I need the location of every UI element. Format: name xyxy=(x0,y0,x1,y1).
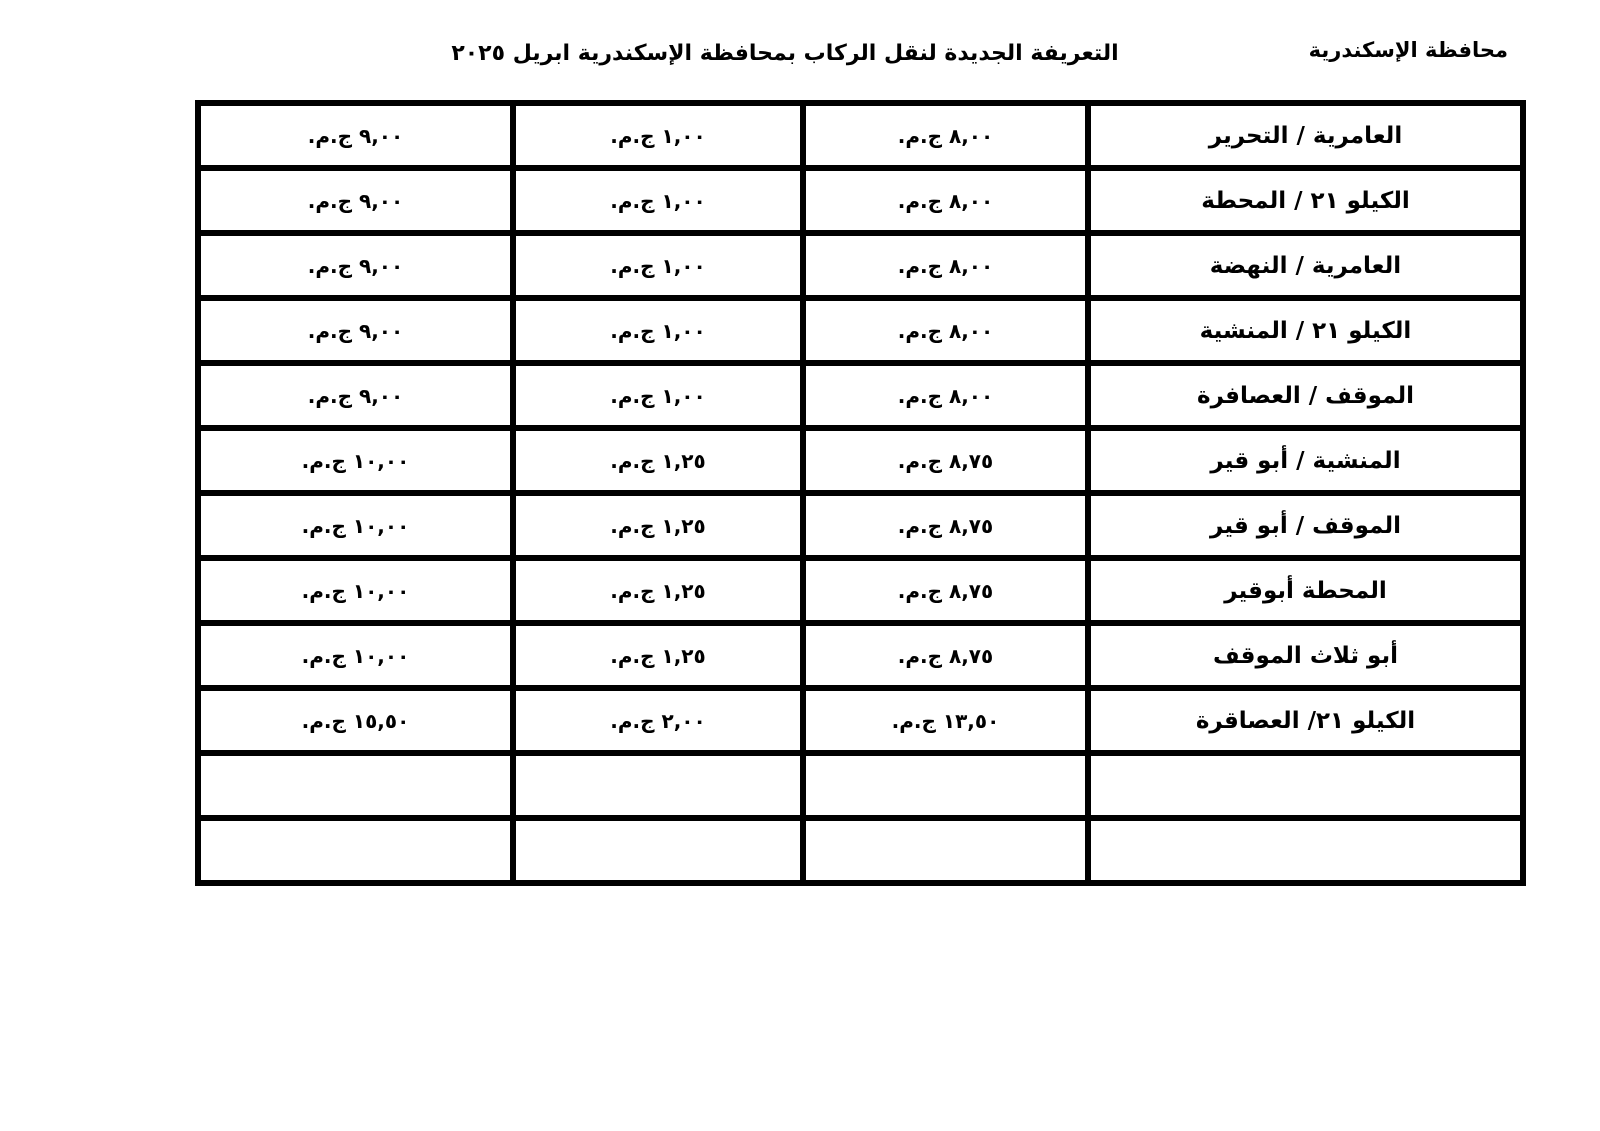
fare-cell: ١,٢٥ ج.م. xyxy=(513,558,803,623)
fare-cell: ١٥,٥٠ ج.م. xyxy=(198,688,513,753)
table-row: العامرية / النهضة ٨,٠٠ ج.م. ١,٠٠ ج.م. ٩,… xyxy=(198,233,1523,298)
table-row: المحطة أبوقير ٨,٧٥ ج.م. ١,٢٥ ج.م. ١٠,٠٠ … xyxy=(198,558,1523,623)
fare-cell: ٨,٠٠ ج.م. xyxy=(803,233,1088,298)
fare-cell: ٨,٧٥ ج.م. xyxy=(803,623,1088,688)
fare-cell: ١٠,٠٠ ج.م. xyxy=(198,428,513,493)
route-cell: الموقف / أبو قير xyxy=(1088,493,1523,558)
fare-cell: ١,٠٠ ج.م. xyxy=(513,168,803,233)
fare-cell xyxy=(803,753,1088,818)
fare-cell: ١٠,٠٠ ج.م. xyxy=(198,493,513,558)
table-row: الموقف / أبو قير ٨,٧٥ ج.م. ١,٢٥ ج.م. ١٠,… xyxy=(198,493,1523,558)
fare-cell: ٩,٠٠ ج.م. xyxy=(198,168,513,233)
table-row: الكيلو ٢١/ العصاقرة ١٣,٥٠ ج.م. ٢,٠٠ ج.م.… xyxy=(198,688,1523,753)
document-title: التعريفة الجديدة لنقل الركاب بمحافظة الإ… xyxy=(451,41,1118,66)
fare-cell: ٩,٠٠ ج.م. xyxy=(198,363,513,428)
table-row: أبو ثلاث الموقف ٨,٧٥ ج.م. ١,٢٥ ج.م. ١٠,٠… xyxy=(198,623,1523,688)
document-page: محافظة الإسكندرية التعريفة الجديدة لنقل … xyxy=(0,0,1600,1131)
fare-cell: ١,٠٠ ج.م. xyxy=(513,363,803,428)
fare-cell xyxy=(198,818,513,883)
fare-cell xyxy=(198,753,513,818)
table-row: المنشية / أبو قير ٨,٧٥ ج.م. ١,٢٥ ج.م. ١٠… xyxy=(198,428,1523,493)
fare-cell: ٨,٧٥ ج.م. xyxy=(803,493,1088,558)
fare-cell xyxy=(803,818,1088,883)
fare-cell: ١,٠٠ ج.م. xyxy=(513,103,803,168)
table-row: الكيلو ٢١ / المنشية ٨,٠٠ ج.م. ١,٠٠ ج.م. … xyxy=(198,298,1523,363)
route-cell: الكيلو ٢١ / المحطة xyxy=(1088,168,1523,233)
fare-cell: ٨,٧٥ ج.م. xyxy=(803,558,1088,623)
fare-cell: ١,٠٠ ج.م. xyxy=(513,233,803,298)
fares-table-body: العامرية / التحرير ٨,٠٠ ج.م. ١,٠٠ ج.م. ٩… xyxy=(198,103,1523,883)
fare-cell: ١٠,٠٠ ج.م. xyxy=(198,623,513,688)
route-cell: العامرية / التحرير xyxy=(1088,103,1523,168)
fare-cell: ٨,٧٥ ج.م. xyxy=(803,428,1088,493)
route-cell: العامرية / النهضة xyxy=(1088,233,1523,298)
fare-cell: ٨,٠٠ ج.م. xyxy=(803,363,1088,428)
fare-cell: ٩,٠٠ ج.م. xyxy=(198,103,513,168)
route-cell: المحطة أبوقير xyxy=(1088,558,1523,623)
fare-cell: ١,٢٥ ج.م. xyxy=(513,623,803,688)
table-row: الموقف / العصافرة ٨,٠٠ ج.م. ١,٠٠ ج.م. ٩,… xyxy=(198,363,1523,428)
fares-table: العامرية / التحرير ٨,٠٠ ج.م. ١,٠٠ ج.م. ٩… xyxy=(195,100,1526,886)
route-cell: الكيلو ٢١/ العصاقرة xyxy=(1088,688,1523,753)
fare-cell: ١,٢٥ ج.م. xyxy=(513,428,803,493)
table-row-empty xyxy=(198,818,1523,883)
route-cell: المنشية / أبو قير xyxy=(1088,428,1523,493)
fare-cell: ٨,٠٠ ج.م. xyxy=(803,168,1088,233)
route-cell xyxy=(1088,818,1523,883)
fare-cell: ١,٠٠ ج.م. xyxy=(513,298,803,363)
fare-cell xyxy=(513,818,803,883)
fare-cell: ١,٢٥ ج.م. xyxy=(513,493,803,558)
fare-cell: ٩,٠٠ ج.م. xyxy=(198,233,513,298)
fare-cell: ٢,٠٠ ج.م. xyxy=(513,688,803,753)
fare-cell: ١٣,٥٠ ج.م. xyxy=(803,688,1088,753)
route-cell: أبو ثلاث الموقف xyxy=(1088,623,1523,688)
table-row: العامرية / التحرير ٨,٠٠ ج.م. ١,٠٠ ج.م. ٩… xyxy=(198,103,1523,168)
fare-cell: ٩,٠٠ ج.م. xyxy=(198,298,513,363)
fare-cell: ٨,٠٠ ج.م. xyxy=(803,298,1088,363)
document-header: محافظة الإسكندرية التعريفة الجديدة لنقل … xyxy=(0,0,1600,95)
fare-cell: ٨,٠٠ ج.م. xyxy=(803,103,1088,168)
route-cell xyxy=(1088,753,1523,818)
fare-cell xyxy=(513,753,803,818)
table-row: الكيلو ٢١ / المحطة ٨,٠٠ ج.م. ١,٠٠ ج.م. ٩… xyxy=(198,168,1523,233)
governorate-label: محافظة الإسكندرية xyxy=(1309,38,1508,62)
route-cell: الموقف / العصافرة xyxy=(1088,363,1523,428)
route-cell: الكيلو ٢١ / المنشية xyxy=(1088,298,1523,363)
table-row-empty xyxy=(198,753,1523,818)
fare-cell: ١٠,٠٠ ج.م. xyxy=(198,558,513,623)
